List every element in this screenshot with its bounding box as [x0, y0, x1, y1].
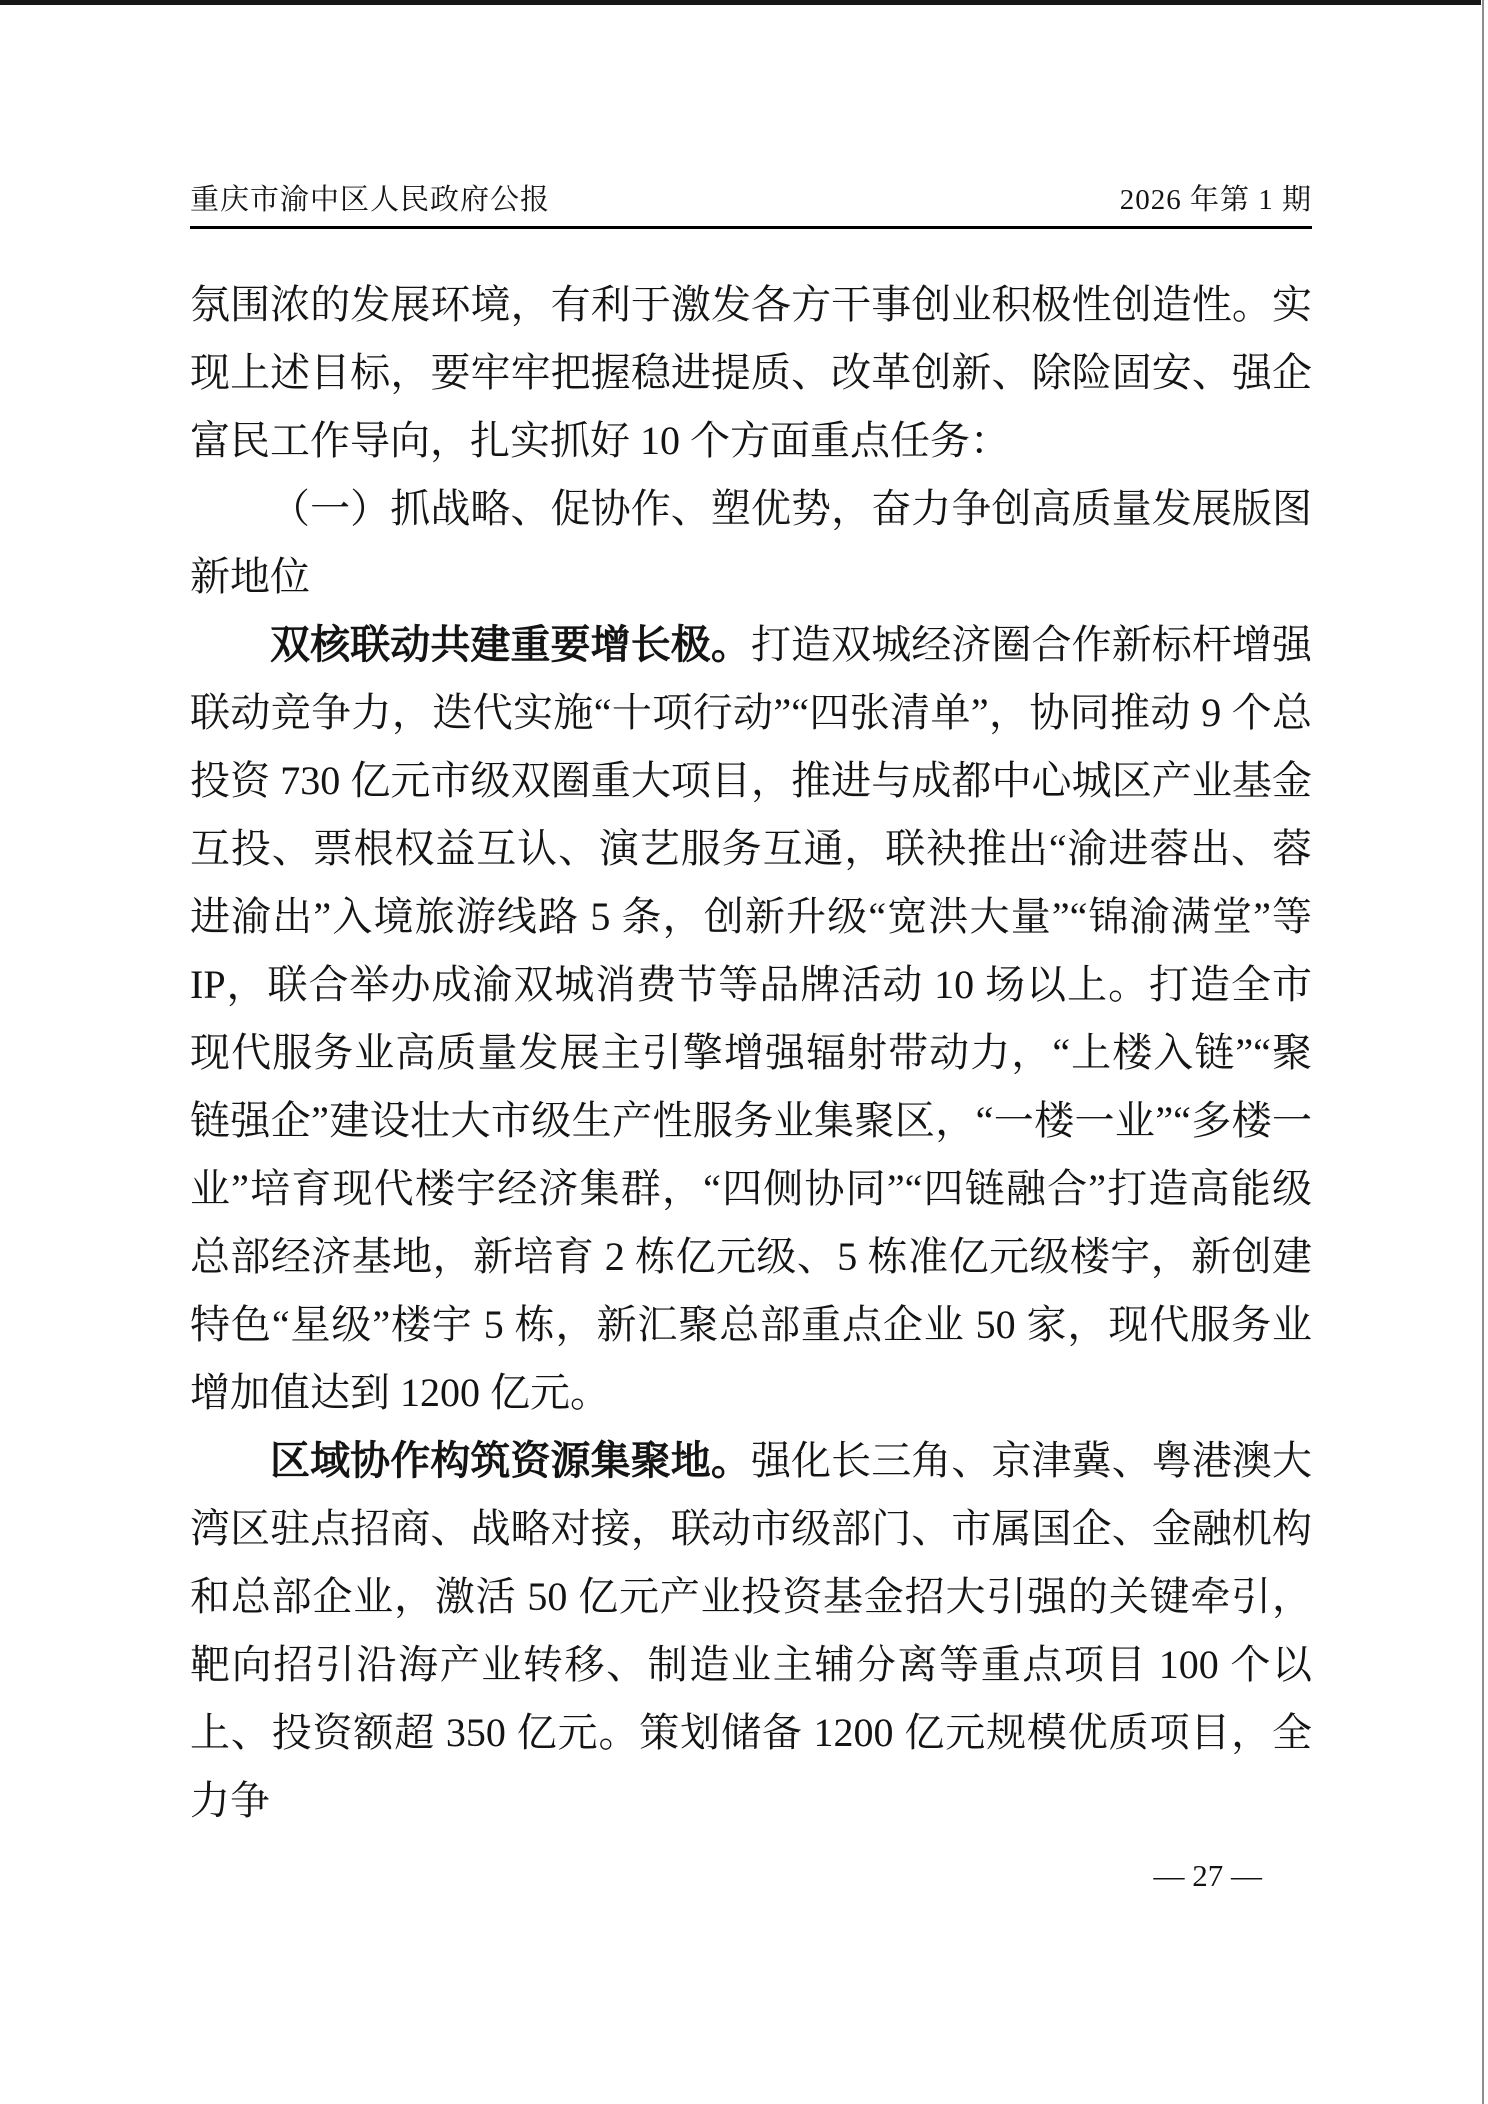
- scan-artifact-top-edge: [0, 0, 1481, 5]
- issue-label: 2026 年第 1 期: [1120, 183, 1312, 217]
- scan-artifact-right-edge: [1482, 0, 1484, 2104]
- paragraph-text: 强化长三角、京津冀、粤港澳大湾区驻点招商、战略对接，联动市级部门、市属国企、金融…: [190, 1438, 1312, 1823]
- paragraph-text: （一）抓战略、促协作、塑优势，奋力争创高质量发展版图新地位: [190, 486, 1312, 599]
- document-body: 氛围浓的发展环境，有利于激发各方干事创业积极性创造性。实现上述目标，要牢牢把握稳…: [190, 271, 1312, 1835]
- publication-title: 重庆市渝中区人民政府公报: [190, 183, 550, 217]
- para-continuation-goals: 氛围浓的发展环境，有利于激发各方干事创业积极性创造性。实现上述目标，要牢牢把握稳…: [190, 271, 1312, 475]
- paragraph-bold-lead: 双核联动共建重要增长极。: [270, 623, 751, 667]
- paragraph-text: 打造双城经济圈合作新标杆增强联动竞争力，迭代实施“十项行动”“四张清单”，协同推…: [190, 622, 1312, 1415]
- heading-section-one: （一）抓战略、促协作、塑优势，奋力争创高质量发展版图新地位: [190, 475, 1312, 611]
- page-header: 重庆市渝中区人民政府公报 2026 年第 1 期: [190, 183, 1312, 229]
- page-number: — 27 —: [1154, 1858, 1263, 1893]
- para-regional-cooperation: 区域协作构筑资源集聚地。强化长三角、京津冀、粤港澳大湾区驻点招商、战略对接，联动…: [190, 1427, 1312, 1835]
- paragraph-text: 氛围浓的发展环境，有利于激发各方干事创业积极性创造性。实现上述目标，要牢牢把握稳…: [190, 282, 1312, 463]
- page-footer: — 27 —: [190, 1856, 1312, 1896]
- para-dual-core-growth-pole: 双核联动共建重要增长极。打造双城经济圈合作新标杆增强联动竞争力，迭代实施“十项行…: [190, 611, 1312, 1427]
- paragraph-bold-lead: 区域协作构筑资源集聚地。: [270, 1439, 751, 1483]
